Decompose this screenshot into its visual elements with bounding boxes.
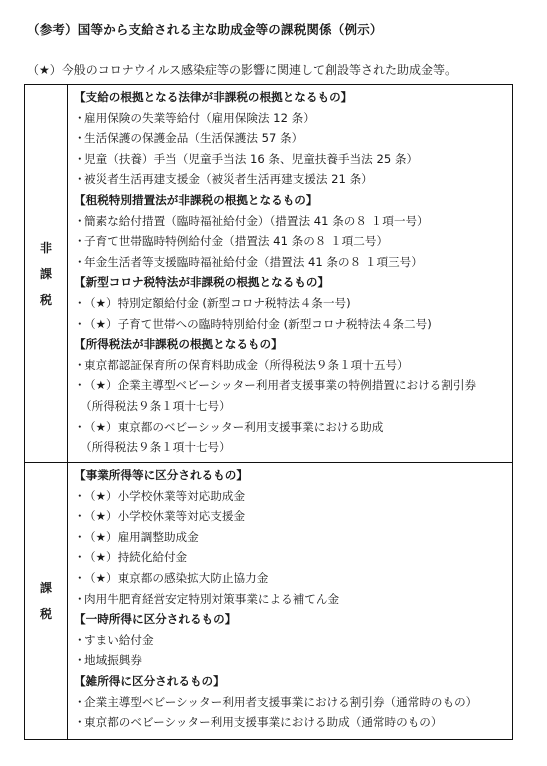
list-item: ・児童（扶養）手当（児童手当法 16 条、児童扶養手当法 25 条）: [74, 149, 512, 170]
bullet-icon: ・: [74, 692, 84, 713]
item-text: 雇用保険の失業等給付（雇用保険法 12 条）: [84, 111, 315, 125]
list-item: ・肉用牛肥育経営安定特別対策事業による補てん金: [74, 589, 512, 610]
list-item: ・地域振興券: [74, 650, 512, 671]
bullet-icon: ・: [74, 417, 84, 438]
bullet-icon: ・: [74, 211, 84, 232]
list-item: ・（★）持続化給付金: [74, 547, 512, 568]
item-text: （★）小学校休業等対応支援金: [84, 509, 245, 523]
item-text: 東京都認証保育所の保育料助成金（所得税法９条１項十五号）: [84, 358, 409, 372]
tax-relations-table: 非 課 税 【支給の根拠となる法律が非課税の根拠となるもの】 ・雇用保険の失業等…: [24, 84, 513, 740]
section-taxable: 課 税 【事業所得等に区分されるもの】 ・（★）小学校休業等対応助成金 ・（★）…: [25, 463, 513, 740]
subsection-heading: 【所得税法が非課税の根拠となるもの】: [74, 334, 512, 355]
item-text: 肉用牛肥育経営安定特別対策事業による補てん金: [84, 592, 339, 606]
item-text: 被災者生活再建支援金（被災者生活再建支援法 21 条）: [84, 172, 373, 186]
star-note: （★）今般のコロナウイルス感染症等の影響に関連して創設等された助成金等。: [27, 61, 457, 78]
category-char: 課: [40, 267, 52, 281]
bullet-icon: ・: [74, 128, 84, 149]
item-text: 東京都のベビーシッター利用支援事業における助成（通常時のもの）: [84, 715, 442, 729]
bullet-icon: ・: [74, 231, 84, 252]
item-text: （★）東京都のベビーシッター利用支援事業における助成: [84, 420, 383, 434]
item-text: （★）子育て世帯への臨時特別給付金 (新型コロナ税特法４条二号): [84, 317, 432, 331]
bullet-icon: ・: [74, 547, 84, 568]
subsection-heading: 【支給の根拠となる法律が非課税の根拠となるもの】: [74, 87, 512, 108]
bullet-icon: ・: [74, 712, 84, 733]
bullet-icon: ・: [74, 506, 84, 527]
subsection-heading: 【租税特別措置法が非課税の根拠となるもの】: [74, 190, 512, 211]
list-item: ・（★）東京都のベビーシッター利用支援事業における助成: [74, 417, 512, 438]
list-item: ・東京都のベビーシッター利用支援事業における助成（通常時のもの）: [74, 712, 512, 733]
bullet-icon: ・: [74, 149, 84, 170]
list-item: ・簡素な給付措置（臨時福祉給付金）（措置法 41 条の８ １項一号）: [74, 211, 512, 232]
list-item: ・子育て世帯臨時特例給付金（措置法 41 条の８ １項二号）: [74, 231, 512, 252]
bullet-icon: ・: [74, 293, 84, 314]
bullet-icon: ・: [74, 314, 84, 335]
bullet-icon: ・: [74, 252, 84, 273]
bullet-icon: ・: [74, 568, 84, 589]
item-text: （★）持続化給付金: [84, 550, 187, 564]
item-text: （★）東京都の感染拡大防止協力金: [84, 571, 268, 585]
bullet-icon: ・: [74, 108, 84, 129]
item-text: （★）特別定額給付金 (新型コロナ税特法４条一号): [84, 296, 351, 310]
category-label: 非 課 税: [39, 235, 53, 313]
item-text: 児童（扶養）手当（児童手当法 16 条、児童扶養手当法 25 条）: [84, 152, 418, 166]
subsection-heading: 【新型コロナ税特法が非課税の根拠となるもの】: [74, 272, 512, 293]
category-char: 税: [40, 607, 52, 621]
section-body: 【支給の根拠となる法律が非課税の根拠となるもの】 ・雇用保険の失業等給付（雇用保…: [68, 85, 513, 463]
bullet-icon: ・: [74, 527, 84, 548]
bullet-icon: ・: [74, 589, 84, 610]
bullet-icon: ・: [74, 355, 84, 376]
list-item: ・（★）企業主導型ベビーシッター利用者支援事業の特例措置における割引券: [74, 375, 512, 396]
list-item: ・生活保護の保護金品（生活保護法 57 条）: [74, 128, 512, 149]
bullet-icon: ・: [74, 169, 84, 190]
item-text: （★）小学校休業等対応助成金: [84, 489, 245, 503]
category-char: 税: [40, 293, 52, 307]
list-item: ・（★）雇用調整助成金: [74, 527, 512, 548]
list-item: ・（★）小学校休業等対応助成金: [74, 486, 512, 507]
item-continuation: （所得税法９条１項十七号）: [74, 396, 512, 417]
list-item: ・（★）東京都の感染拡大防止協力金: [74, 568, 512, 589]
category-cell-taxable: 課 税: [25, 463, 68, 740]
item-text: 年金生活者等支援臨時福祉給付金（措置法 41 条の８ １項三号）: [84, 255, 423, 269]
item-text: 子育て世帯臨時特例給付金（措置法 41 条の８ １項二号）: [84, 234, 388, 248]
section-body: 【事業所得等に区分されるもの】 ・（★）小学校休業等対応助成金 ・（★）小学校休…: [68, 463, 513, 740]
list-item: ・雇用保険の失業等給付（雇用保険法 12 条）: [74, 108, 512, 129]
list-item: ・東京都認証保育所の保育料助成金（所得税法９条１項十五号）: [74, 355, 512, 376]
section-non-taxable: 非 課 税 【支給の根拠となる法律が非課税の根拠となるもの】 ・雇用保険の失業等…: [25, 85, 513, 463]
item-text: 生活保護の保護金品（生活保護法 57 条）: [84, 131, 303, 145]
category-label: 課 税: [39, 575, 53, 627]
category-char: 非: [40, 241, 52, 255]
list-item: ・企業主導型ベビーシッター利用者支援事業における割引券（通常時のもの）: [74, 692, 512, 713]
item-text: 簡素な給付措置（臨時福祉給付金）（措置法 41 条の８ １項一号）: [84, 214, 429, 228]
category-char: 課: [40, 581, 52, 595]
document-title: （参考）国等から支給される主な助成金等の課税関係（例示）: [27, 20, 383, 38]
subsection-heading: 【事業所得等に区分されるもの】: [74, 465, 512, 486]
subsection-heading: 【雑所得に区分されるもの】: [74, 671, 512, 692]
bullet-icon: ・: [74, 630, 84, 651]
item-text: すまい給付金: [84, 633, 154, 647]
subsection-heading: 【一時所得に区分されるもの】: [74, 609, 512, 630]
bullet-icon: ・: [74, 375, 84, 396]
item-text: 企業主導型ベビーシッター利用者支援事業における割引券（通常時のもの）: [84, 695, 477, 709]
list-item: ・年金生活者等支援臨時福祉給付金（措置法 41 条の８ １項三号）: [74, 252, 512, 273]
category-cell-non-taxable: 非 課 税: [25, 85, 68, 463]
list-item: ・（★）特別定額給付金 (新型コロナ税特法４条一号): [74, 293, 512, 314]
list-item: ・被災者生活再建支援金（被災者生活再建支援法 21 条）: [74, 169, 512, 190]
list-item: ・（★）子育て世帯への臨時特別給付金 (新型コロナ税特法４条二号): [74, 314, 512, 335]
list-item: ・すまい給付金: [74, 630, 512, 651]
list-item: ・（★）小学校休業等対応支援金: [74, 506, 512, 527]
item-text: 地域振興券: [84, 653, 142, 667]
item-text: （★）雇用調整助成金: [84, 530, 199, 544]
item-continuation: （所得税法９条１項十七号）: [74, 437, 512, 458]
item-text: （★）企業主導型ベビーシッター利用者支援事業の特例措置における割引券: [84, 378, 476, 392]
bullet-icon: ・: [74, 486, 84, 507]
bullet-icon: ・: [74, 650, 84, 671]
